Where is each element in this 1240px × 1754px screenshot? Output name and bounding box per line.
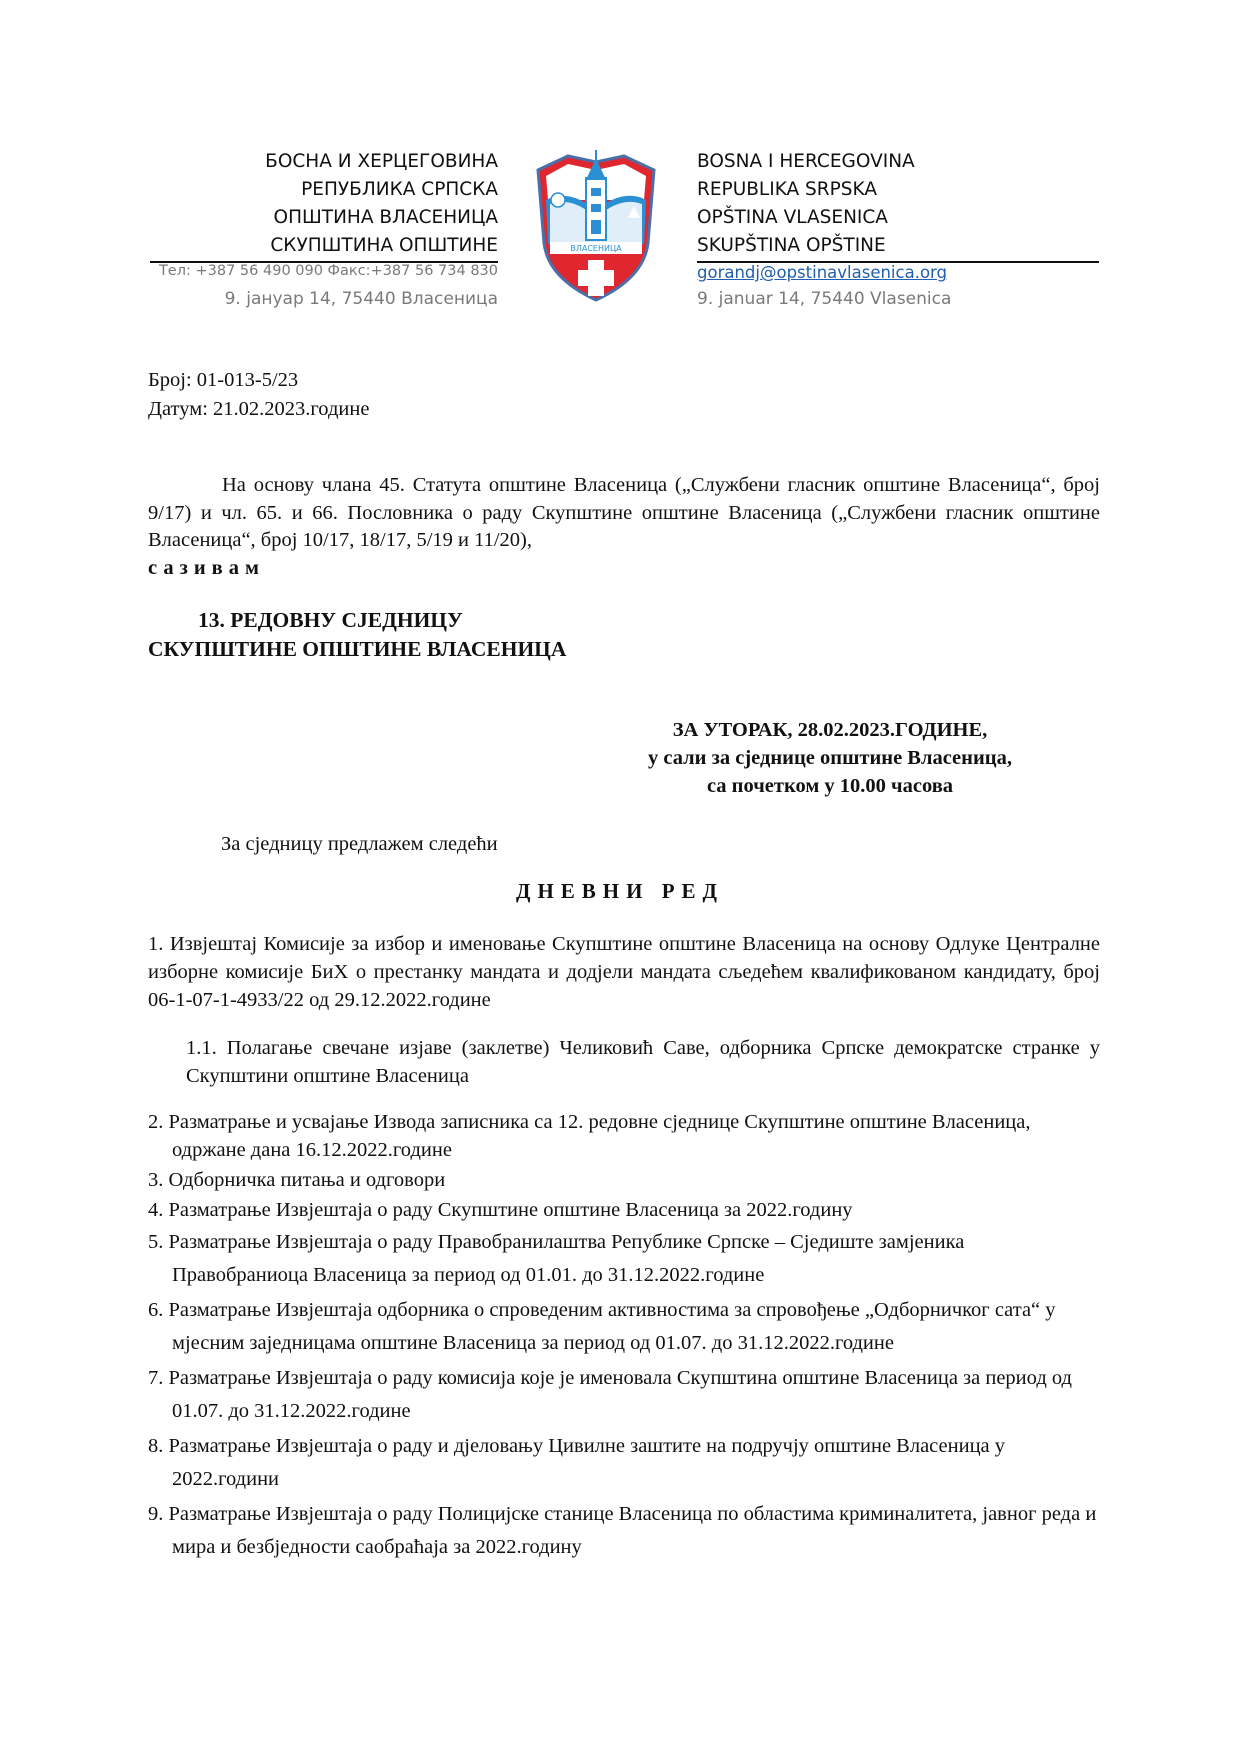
agenda-subitem: 1.1. Полагање свечане изјаве (заклетве) …	[148, 1034, 1100, 1090]
session-title-line2: СКУПШТИНЕ ОПШТИНЕ ВЛАСЕНИЦА	[148, 635, 566, 664]
svg-text:ВЛАСЕНИЦА: ВЛАСЕНИЦА	[570, 244, 622, 253]
convene-word: сазивам	[148, 557, 265, 579]
session-place: у сали за сједнице општине Власеница,	[560, 744, 1100, 772]
letterhead-cyrillic: БОСНА И ХЕРЦЕГОВИНА РЕПУБЛИКА СРПСКА ОПШ…	[150, 148, 498, 260]
session-time-place: ЗА УТОРАК, 28.02.2023.ГОДИНЕ, у сали за …	[560, 716, 1100, 800]
session-start: са почетком у 10.00 часова	[560, 772, 1100, 800]
document-number: Број: 01-013-5/23	[148, 366, 369, 395]
letterhead-line: ОПШТИНА ВЛАСЕНИЦА	[150, 204, 498, 232]
document-meta: Број: 01-013-5/23 Датум: 21.02.2023.годи…	[148, 366, 369, 424]
email-link[interactable]: gorandj@opstinavlasenica.org	[697, 263, 947, 282]
letterhead-line: BOSNA I HERCEGOVINA	[697, 148, 1097, 176]
agenda-item: 8. Разматрање Извјештаја о раду и дјелов…	[148, 1430, 1100, 1496]
agenda-list: 1. Извјештај Комисије за избор и именова…	[148, 930, 1100, 1566]
agenda-items: 2. Разматрање и усвајање Извода записник…	[148, 1108, 1100, 1564]
phone-fax: Тел: +387 56 490 090 Факс:+387 56 734 83…	[150, 263, 498, 279]
agenda-proposal: За сједницу предлажем следећи	[221, 833, 498, 856]
letterhead-line: REPUBLIKA SRPSKA	[697, 176, 1097, 204]
municipality-emblem-icon: ВЛАСЕНИЦА	[528, 148, 664, 303]
intro-paragraph: На основу члана 45. Статута општине Влас…	[148, 472, 1100, 582]
agenda-item: 4. Разматрање Извјештаја о раду Скупштин…	[148, 1196, 1100, 1224]
agenda-title: ДНЕВНИ РЕД	[0, 879, 1240, 904]
letterhead-latin: BOSNA I HERCEGOVINA REPUBLIKA SRPSKA OPŠ…	[697, 148, 1097, 260]
agenda-item: 6. Разматрање Извјештаја одборника о спр…	[148, 1294, 1100, 1360]
document-date: Датум: 21.02.2023.године	[148, 395, 369, 424]
address-latin: 9. januar 14, 75440 Vlasenica	[697, 289, 951, 309]
agenda-item: 2. Разматрање и усвајање Извода записник…	[148, 1108, 1100, 1164]
intro-text: На основу члана 45. Статута општине Влас…	[148, 474, 1100, 551]
letterhead-line: БОСНА И ХЕРЦЕГОВИНА	[150, 148, 498, 176]
agenda-item: 1. Извјештај Комисије за избор и именова…	[148, 930, 1100, 1014]
session-date: ЗА УТОРАК, 28.02.2023.ГОДИНЕ,	[560, 716, 1100, 744]
agenda-item: 7. Разматрање Извјештаја о раду комисија…	[148, 1362, 1100, 1428]
agenda-item: 5. Разматрање Извјештаја о раду Правобра…	[148, 1226, 1100, 1292]
agenda-item: 9. Разматрање Извјештаја о раду Полицијс…	[148, 1498, 1100, 1564]
letterhead-line: SKUPŠTINA OPŠTINE	[697, 232, 1097, 260]
agenda-item: 3. Одборничка питања и одговори	[148, 1166, 1100, 1194]
session-title-line1: 13. РЕДОВНУ СЈЕДНИЦУ	[148, 606, 566, 635]
letterhead-line: OPŠTINA VLASENICA	[697, 204, 1097, 232]
session-title: 13. РЕДОВНУ СЈЕДНИЦУ СКУПШТИНЕ ОПШТИНЕ В…	[148, 606, 566, 664]
letterhead-line: РЕПУБЛИКА СРПСКА	[150, 176, 498, 204]
address-cyrillic: 9. јануар 14, 75440 Власеница	[150, 289, 498, 309]
letterhead-line: СКУПШТИНА ОПШТИНЕ	[150, 232, 498, 260]
